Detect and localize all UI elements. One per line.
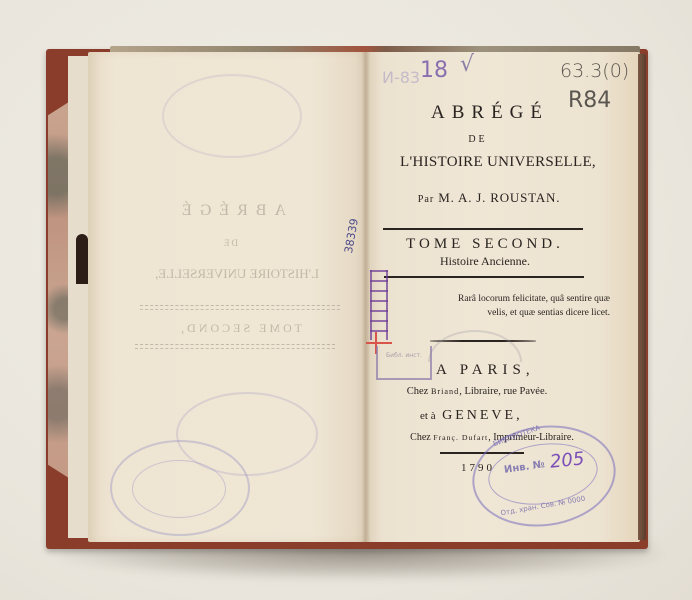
title-de: DE (380, 134, 576, 145)
call-number-line-1: 63.3(0) (560, 60, 629, 82)
author-name: M. A. J. ROUSTAN. (438, 190, 560, 205)
place-2-prefix: et à (420, 410, 436, 422)
publisher-2-name: Franç. Dufart (433, 433, 488, 442)
imprint-place-2: et à GENEVE, (420, 408, 550, 424)
divider-rule (383, 228, 583, 230)
author-line: Par M. A. J. ROUSTAN. (378, 190, 600, 206)
imprint-place-1: A PARIS, (436, 362, 536, 379)
book-subtitle: L'HISTOIRE UNIVERSELLE, (378, 154, 618, 171)
struck-out-number (370, 270, 388, 340)
call-number-line-2: R84 (568, 88, 611, 113)
publisher-1-rest: , Libraire, rue Pavée. (459, 386, 547, 397)
motto-line-1: Rarâ locorum felicitate, quâ sentire quæ (420, 294, 610, 304)
volume-subtitle: Histoire Ancienne. (380, 254, 590, 269)
offset-rule (135, 344, 335, 349)
fore-edge (638, 54, 646, 540)
offset-subtitle: L'HISTOIRE UNIVERSELLE, (132, 266, 342, 282)
check-mark-icon: √ (460, 52, 474, 77)
offset-stamp-oval (162, 74, 302, 158)
small-library-stamp: Библ. инст. (376, 346, 432, 380)
publisher-1: Chez Briand, Libraire, rue Pavée. (382, 386, 572, 397)
author-prefix: Par (418, 194, 435, 205)
faded-note: И-83 (382, 68, 420, 87)
stamp-number: 205 (549, 448, 585, 472)
volume-title: TOME SECOND. (380, 236, 590, 253)
offset-rule (140, 305, 340, 310)
offset-stamp-oval (176, 392, 318, 476)
publisher-1-prefix: Chez (407, 386, 429, 397)
offset-volume: TOME SECOND, (165, 321, 315, 336)
endpaper-dark-patch (76, 234, 88, 284)
offset-title: ABRÉGÉ (150, 202, 310, 220)
offset-de: DE (210, 238, 250, 248)
publisher-2-prefix: Chez (410, 432, 431, 443)
violet-number: 18 (420, 58, 448, 83)
motto-line-2: velis, et quæ sentias dicere licet. (420, 308, 610, 318)
divider-rule (384, 276, 584, 278)
gutter (362, 52, 370, 542)
publisher-1-name: Briand (431, 387, 459, 396)
red-pencil-mark (366, 342, 392, 344)
place-2-name: GENEVE, (442, 408, 523, 423)
book-title: ABRÉGÉ (380, 102, 600, 124)
